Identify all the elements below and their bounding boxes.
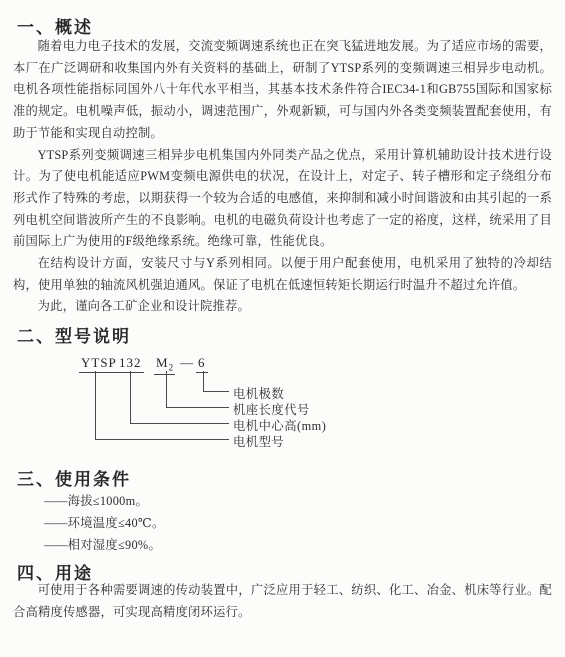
usage-body: 可使用于各种需要调速的传动装置中，广泛应用于轻工、纺织、化工、冶金、机床等行业。… [13,580,552,623]
model-code-poles: 6 [196,355,208,373]
model-code-frame-length: M2 [154,355,175,375]
condition-text-humidity: 相对湿度≤90%。 [68,538,161,552]
diagram-connector-frame-length [166,407,229,408]
condition-dash: —— [44,494,67,508]
section-heading-conditions: 三、使用条件 [17,465,131,490]
diagram-stem-poles [203,371,204,391]
condition-text-altitude: 海拔≤1000m。 [68,494,149,508]
model-code-series: YTSP [79,355,119,373]
diagram-stem-center-height [130,371,131,423]
overview-paragraph-1: 随着电力电子技术的发展，交流变频调速系统也正在突飞猛进地发展。为了适应市场的需要… [13,36,552,145]
diagram-connector-poles [203,391,229,392]
overview-paragraph-2: YTSP系列变频调速三相异步电机集国内外同类产品之优点，采用计算机辅助设计技术进… [13,145,552,254]
condition-dash: —— [44,538,67,552]
condition-item-humidity: ——相对湿度≤90%。 [44,535,165,557]
diagram-stem-series [95,371,96,439]
overview-body: 随着电力电子技术的发展，交流变频调速系统也正在突飞猛进地发展。为了适应市场的需要… [13,36,552,318]
overview-paragraph-4: 为此，谨向各工矿企业和设计院推荐。 [13,296,552,318]
condition-item-ambient-temp: ——环境温度≤40℃。 [44,513,165,535]
model-code-frame-length-sub: 2 [169,363,174,373]
usage-paragraph: 可使用于各种需要调速的传动装置中，广泛应用于轻工、纺织、化工、冶金、机床等行业。… [13,580,552,623]
section-heading-model: 二、型号说明 [17,322,131,347]
model-code-frame-length-main: M [156,355,169,370]
condition-item-altitude: ——海拔≤1000m。 [44,491,165,513]
diagram-connector-center-height [130,423,229,424]
diagram-connector-series [95,439,229,440]
document-page: 一、概述 随着电力电子技术的发展，交流变频调速系统也正在突飞猛进地发展。为了适应… [0,0,565,657]
condition-dash: —— [44,516,67,530]
diagram-label-series: 电机型号 [233,432,284,450]
condition-text-ambient-temp: 环境温度≤40℃。 [68,516,165,530]
conditions-list: ——海拔≤1000m。 ——环境温度≤40℃。 ——相对湿度≤90%。 [44,491,165,557]
section-heading-overview: 一、概述 [17,13,93,38]
diagram-stem-frame-length [166,371,167,407]
model-code-dash: — [180,355,193,371]
overview-paragraph-3: 在结构设计方面，安装尺寸与Y系列相同。以便于用户配套使用，电机采用了独特的冷却结… [13,253,552,296]
